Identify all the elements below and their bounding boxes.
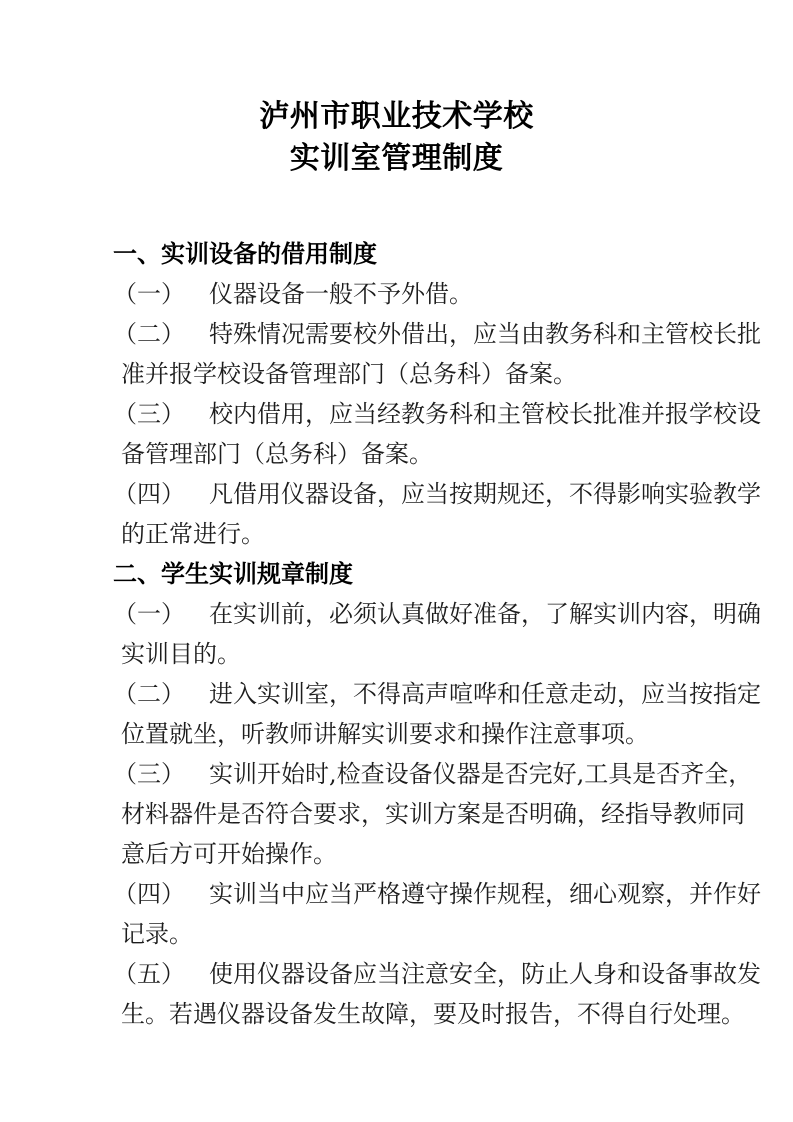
item-line-continuation: 材料器件是否符合要求，实训方案是否明确，经指导教师同 xyxy=(113,794,693,834)
item-text: 进入实训室，不得高声喧哗和任意走动，应当按指定 xyxy=(209,680,761,708)
item-line-continuation: 生。若遇仪器设备发生故障，要及时报告，不得自行处理。 xyxy=(113,994,693,1034)
item-text: 凡借用仪器设备，应当按期规还，不得影响实验教学 xyxy=(209,480,761,508)
item-line-first: （三）实训开始时,检查设备仪器是否完好,工具是否齐全， xyxy=(113,754,693,794)
item-marker: （二） xyxy=(113,680,185,708)
item-marker: （五） xyxy=(113,960,185,988)
item-marker: （四） xyxy=(113,880,185,908)
document-body: 一、实训设备的借用制度（一）仪器设备一般不予外借。（二）特殊情况需要校外借出，应… xyxy=(113,234,693,1034)
item-marker: （一） xyxy=(113,280,185,308)
item-line-continuation: 准并报学校设备管理部门（总务科）备案。 xyxy=(113,354,693,394)
item-line-continuation: 记录。 xyxy=(113,914,693,954)
item-marker: （三） xyxy=(113,400,185,428)
item-line-first: （五）使用仪器设备应当注意安全，防止人身和设备事故发 xyxy=(113,954,693,994)
item-text: 特殊情况需要校外借出，应当由教务科和主管校长批 xyxy=(209,320,761,348)
section-2: 二、学生实训规章制度（一）在实训前，必须认真做好准备，了解实训内容，明确实训目的… xyxy=(113,554,693,1034)
item-text: 在实训前，必须认真做好准备，了解实训内容，明确 xyxy=(209,600,761,628)
item-text: 校内借用，应当经教务科和主管校长批准并报学校设 xyxy=(209,400,761,428)
item-marker: （三） xyxy=(113,760,185,788)
item-line-first: （一）仪器设备一般不予外借。 xyxy=(113,274,693,314)
document-title: 泸州市职业技术学校 实训室管理制度 xyxy=(0,0,793,180)
item-text: 仪器设备一般不予外借。 xyxy=(209,280,473,308)
item-line-first: （三）校内借用，应当经教务科和主管校长批准并报学校设 xyxy=(113,394,693,434)
item-marker: （一） xyxy=(113,600,185,628)
item-line-continuation: 的正常进行。 xyxy=(113,514,693,554)
item-line-first: （二）进入实训室，不得高声喧哗和任意走动，应当按指定 xyxy=(113,674,693,714)
item-line-continuation: 实训目的。 xyxy=(113,634,693,674)
item-line-continuation: 意后方可开始操作。 xyxy=(113,834,693,874)
item-text: 实训当中应当严格遵守操作规程，细心观察，并作好 xyxy=(209,880,761,908)
item-line-first: （一）在实训前，必须认真做好准备，了解实训内容，明确 xyxy=(113,594,693,634)
item-line-first: （四）凡借用仪器设备，应当按期规还，不得影响实验教学 xyxy=(113,474,693,514)
item-marker: （二） xyxy=(113,320,185,348)
item-line-continuation: 备管理部门（总务科）备案。 xyxy=(113,434,693,474)
section-heading: 一、实训设备的借用制度 xyxy=(113,234,693,274)
item-line-first: （四）实训当中应当严格遵守操作规程，细心观察，并作好 xyxy=(113,874,693,914)
item-marker: （四） xyxy=(113,480,185,508)
item-text: 使用仪器设备应当注意安全，防止人身和设备事故发 xyxy=(209,960,761,988)
item-line-continuation: 位置就坐，听教师讲解实训要求和操作注意事项。 xyxy=(113,714,693,754)
item-line-first: （二）特殊情况需要校外借出，应当由教务科和主管校长批 xyxy=(113,314,693,354)
section-heading: 二、学生实训规章制度 xyxy=(113,554,693,594)
document-page: 泸州市职业技术学校 实训室管理制度 一、实训设备的借用制度（一）仪器设备一般不予… xyxy=(0,0,793,1122)
title-line-2: 实训室管理制度 xyxy=(0,138,793,180)
title-line-1: 泸州市职业技术学校 xyxy=(0,96,793,138)
item-text: 实训开始时,检查设备仪器是否完好,工具是否齐全， xyxy=(209,760,752,788)
section-1: 一、实训设备的借用制度（一）仪器设备一般不予外借。（二）特殊情况需要校外借出，应… xyxy=(113,234,693,554)
